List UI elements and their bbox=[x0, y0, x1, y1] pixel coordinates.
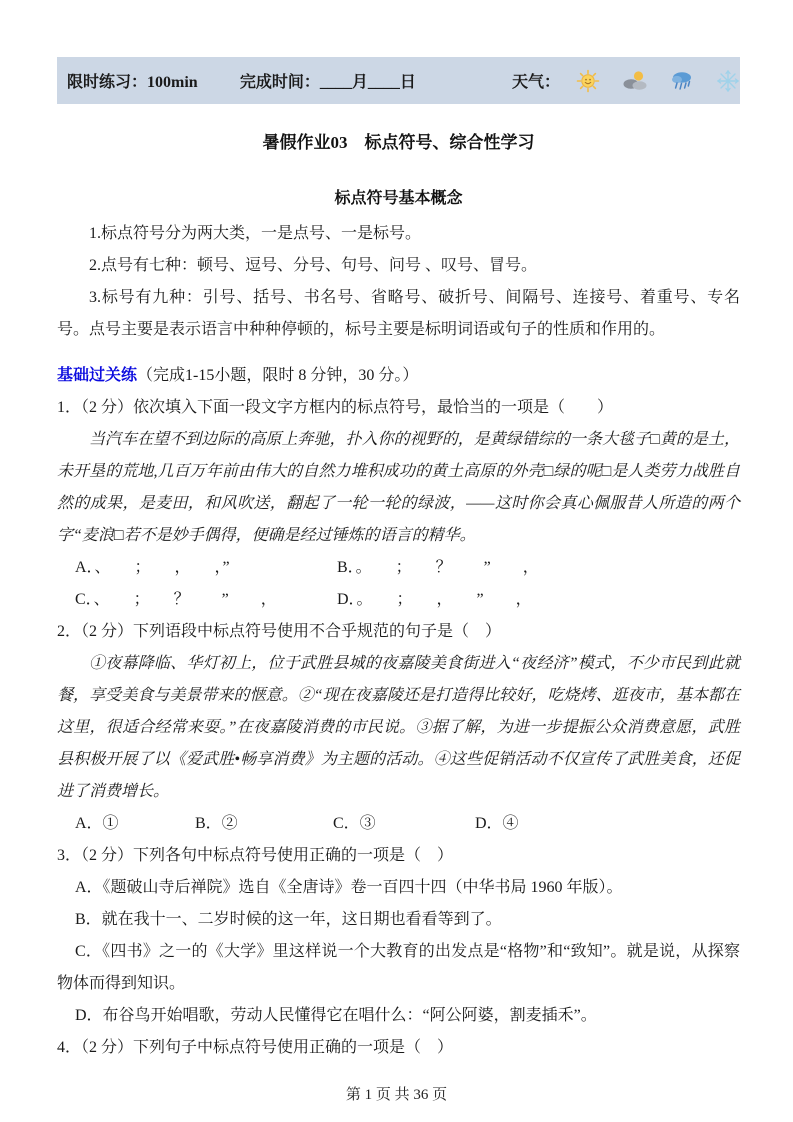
practice-section-heading: 基础过关练 bbox=[57, 367, 137, 384]
snowflake-icon bbox=[716, 69, 740, 93]
question-3-option-a: A．《题破山寺后禅院》选自《全唐诗》卷一百四十四（中华书局 1960 年版）。 bbox=[57, 872, 740, 904]
question-1-passage: 当汽车在望不到边际的高原上奔驰，扑入你的视野的，是黄绿错综的一条大毯子□黄的是土… bbox=[57, 424, 740, 552]
question-1-option-b: B．。 ； ？ ” ， bbox=[337, 552, 539, 584]
question-2-option-a: A．① bbox=[75, 808, 195, 840]
practice-section-intro: （完成1-15小题，限时 8 分钟，30 分。） bbox=[137, 367, 418, 384]
practice-section-line: 基础过关练（完成1-15小题，限时 8 分钟，30 分。） bbox=[57, 360, 740, 392]
question-2-options-row: A．① B．② C．③ D．④ bbox=[57, 808, 740, 840]
question-2-passage: ①夜幕降临、华灯初上，位于武胜县城的夜嘉陵美食街进入“夜经济”模式，不少市民到此… bbox=[57, 648, 740, 808]
page-title: 暑假作业03 标点符号、综合性学习 bbox=[57, 128, 740, 153]
question-4-stem: 4．（2 分）下列句子中标点符号使用正确的一项是（ ） bbox=[57, 1032, 740, 1064]
question-2-option-b: B．② bbox=[195, 808, 333, 840]
worksheet-page: 限时练习：100min 完成时间：____月____日 天气： bbox=[0, 0, 793, 1122]
question-2-option-c: C．③ bbox=[333, 808, 475, 840]
question-1-option-d: D．。 ； ， ” ， bbox=[337, 584, 532, 616]
question-1-option-a: A．、 ； ， ，” bbox=[75, 552, 337, 584]
section-heading: 标点符号基本概念 bbox=[57, 185, 740, 208]
page-content: 限时练习：100min 完成时间：____月____日 天气： bbox=[0, 0, 793, 1064]
time-limit-label: 限时练习：100min bbox=[57, 69, 240, 92]
header-bar: 限时练习：100min 完成时间：____月____日 天气： bbox=[57, 57, 740, 104]
weather-icons bbox=[576, 69, 740, 93]
question-1-option-c: C．、 ； ？ ” ， bbox=[75, 584, 337, 616]
question-3-stem: 3．（2 分）下列各句中标点符号使用正确的一项是（ ） bbox=[57, 840, 740, 872]
page-number-indicator: 第 1 页 共 36 页 bbox=[0, 1083, 793, 1104]
question-2-option-d: D．④ bbox=[475, 808, 519, 840]
question-1-options-row-1: A．、 ； ， ，” B．。 ； ？ ” ， bbox=[57, 552, 740, 584]
question-1-stem: 1．（2 分）依次填入下面一段文字方框内的标点符号，最恰当的一项是（ ） bbox=[57, 392, 740, 424]
question-3-option-b: B．就在我十一、二岁时候的这一年，这日期也看看等到了。 bbox=[57, 904, 740, 936]
sun-behind-cloud-icon bbox=[622, 69, 648, 93]
sun-icon bbox=[576, 69, 600, 93]
question-3-option-d: D．布谷鸟开始唱歌，劳动人民懂得它在唱什么：“阿公阿婆，割麦插禾”。 bbox=[57, 1000, 740, 1032]
question-2-stem: 2．（2 分）下列语段中标点符号使用不合乎规范的句子是（ ） bbox=[57, 616, 740, 648]
completion-time-label: 完成时间：____月____日 bbox=[240, 69, 477, 92]
concept-paragraph-2: 2.点号有七种：顿号、逗号、分号、句号、问号 、叹号、冒号。 bbox=[57, 250, 740, 282]
question-1-options-row-2: C．、 ； ？ ” ， D．。 ； ， ” ， bbox=[57, 584, 740, 616]
rain-cloud-icon bbox=[670, 69, 694, 93]
concept-paragraph-1: 1.标点符号分为两大类，一是点号、一是标号。 bbox=[57, 218, 740, 250]
weather-label: 天气： bbox=[512, 69, 560, 92]
question-3-option-c: C．《四书》之一的《大学》里这样说一个大教育的出发点是“格物”和“致知”。就是说… bbox=[57, 936, 740, 1000]
concept-paragraph-3: 3.标号有九种：引号、括号、书名号、省略号、破折号、间隔号、连接号、着重号、专名… bbox=[57, 282, 740, 346]
concept-section: 1.标点符号分为两大类，一是点号、一是标号。 2.点号有七种：顿号、逗号、分号、… bbox=[57, 218, 740, 346]
